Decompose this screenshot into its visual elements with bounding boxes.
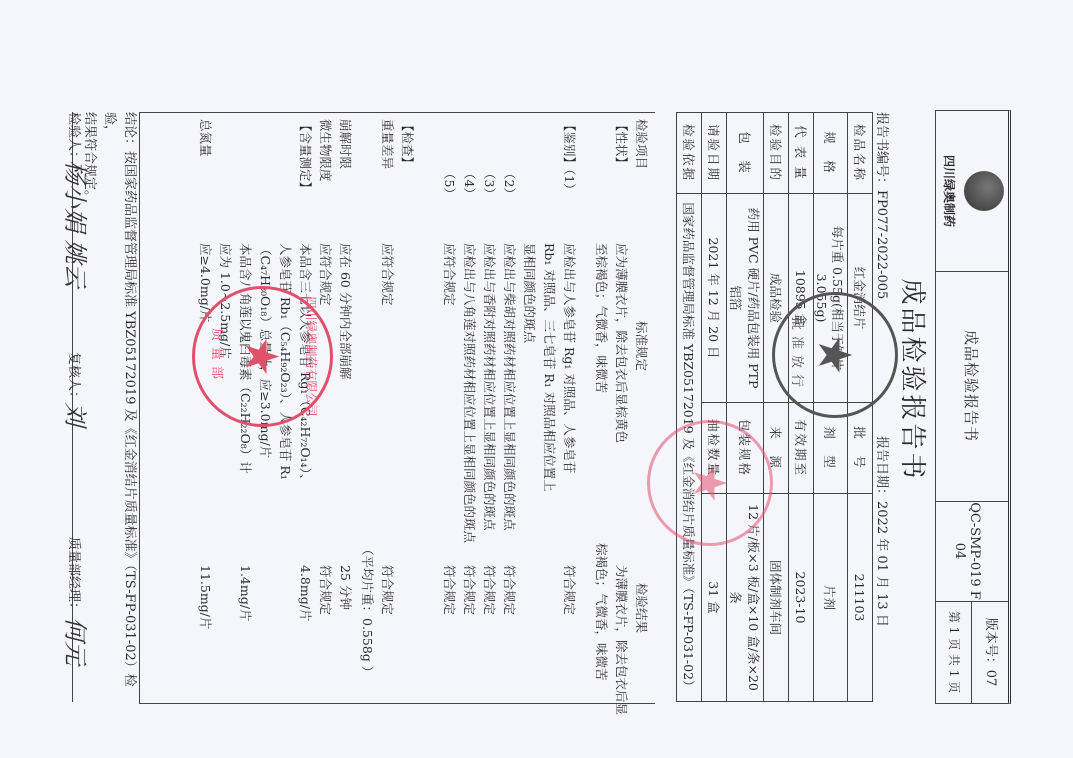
- result-item: 【检查】: [397, 119, 417, 169]
- company-logo-icon: [964, 171, 1004, 211]
- result-value: 为薄膜衣片，除去包衣后显: [611, 565, 631, 715]
- company-name: 四川绿奥制药: [941, 111, 958, 271]
- result-item: 微生物限度: [315, 119, 335, 182]
- table-row: 请验日期 2021 年 12 月 20 日 抽检数量 31 盒: [702, 113, 727, 702]
- qa-stamp-dept: 质量部: [209, 289, 228, 424]
- col-header-item: 检验项目: [633, 119, 651, 169]
- result-value: 符合规定: [479, 565, 499, 615]
- result-value: 符合规定: [315, 565, 335, 615]
- reviewer-label: 复核人：: [66, 352, 85, 404]
- doc-title-cell: 成品检验报告书: [936, 271, 1008, 502]
- qa-stamp-company: 四川绿奥制药有限公司: [303, 289, 320, 424]
- manager-label: 质量部经理：: [66, 537, 85, 615]
- result-item: （4）: [459, 167, 479, 200]
- result-value: 棕褐色；气微香，味微苦: [591, 543, 611, 681]
- result-standard: 应符合规定: [377, 243, 397, 306]
- version-number: 版本号：07: [971, 601, 1008, 703]
- result-item: 崩解时限: [335, 119, 355, 169]
- label-quantity: 代 表 量: [789, 113, 814, 194]
- doc-title: 成品检验报告书: [961, 271, 982, 501]
- label-spec: 规 格: [814, 113, 848, 194]
- value-request-date: 2021 年 12 月 20 日: [702, 194, 727, 403]
- value-batch: 211103: [848, 494, 873, 702]
- result-standard: Rb₁ 对照品、三七皂苷 R₁ 对照品相应位置上: [539, 243, 559, 492]
- result-value: 符合规定: [439, 565, 459, 615]
- reviewer-signature: 刘: [60, 402, 95, 426]
- result-value: （平均片重：0.558g ）: [357, 543, 377, 678]
- manager-signature: 何元: [60, 617, 95, 665]
- value-dosage-form: 片剂: [814, 494, 848, 702]
- page-info: 第 1 页 共 1 页: [936, 601, 972, 703]
- table-row: 检验目的 成品检验 来 源 固体制剂车间: [764, 113, 789, 702]
- result-value: 4.8mg/片: [295, 565, 315, 621]
- result-standard: 应检出与八角莲对照药材相应位置上显相同颜色的斑点: [459, 243, 479, 543]
- result-value: 符合规定: [459, 565, 479, 615]
- label-request-date: 请验日期: [702, 113, 727, 194]
- release-stamp-text: 批准放行: [789, 295, 808, 415]
- result-standard: 应检出与柴胡对照药材相应位置上显相同颜色的斑点: [499, 243, 519, 531]
- result-value: 11.5mg/片: [195, 565, 215, 629]
- red-qa-stamp: 四川绿奥制药有限公司 ★ 质量部: [192, 286, 333, 427]
- result-item: 重量差异: [377, 119, 397, 169]
- form-code: QC-SMP-019 F 04: [952, 501, 982, 601]
- result-value: 符合规定: [377, 565, 397, 615]
- report-header: 四川绿奥制药 成品检验报告书 QC-SMP-019 F 04 版本号：07 第 …: [935, 110, 1011, 704]
- result-standard: 至棕褐色；气微香，味微苦: [591, 243, 611, 393]
- report-date: 报告日期：2022 年 01 月 13 日: [874, 436, 893, 627]
- result-standard: 应检出与香附对照药材相应位置上显相同颜色的斑点: [479, 243, 499, 531]
- label-purpose: 检验目的: [764, 113, 789, 194]
- inspection-report-page: 四川绿奥制药 成品检验报告书 QC-SMP-019 F 04 版本号：07 第 …: [0, 0, 1073, 758]
- label-product-name: 检品名称: [848, 113, 873, 194]
- result-item: 【鉴别】（1）: [559, 119, 579, 196]
- col-header-result: 检验结果: [633, 583, 651, 633]
- value-source: 固体制剂车间: [764, 494, 789, 702]
- result-value: 25 分钟: [335, 565, 355, 610]
- result-item: （2）: [499, 167, 519, 200]
- label-expiry: 有效期至: [789, 403, 814, 494]
- form-code-cell: QC-SMP-019 F 04: [936, 501, 1008, 602]
- result-standard: 显相同颜色的斑点: [519, 243, 539, 343]
- result-value: 1.4mg/片: [235, 565, 255, 621]
- result-standard: 应检出与人参皂苷 Rg₁ 对照品、人参皂苷: [559, 243, 579, 473]
- report-title: 成品检验报告书: [896, 250, 933, 510]
- table-row: 检验依据 国家药品监督管理局标准 YBZ05172019 及《红金消结片质量标准…: [677, 113, 702, 702]
- result-value: 符合规定: [559, 565, 579, 615]
- value-packaging: 药用 PVC 硬片/药品包装用 PTP 铝箔: [727, 194, 764, 403]
- value-expiry: 2023-10: [789, 494, 814, 702]
- star-icon: ★: [240, 336, 286, 377]
- conclusion-line-1: 结论：按国家药品监督管理局标准 YBZ05172019 及《红金消结片质量标准》…: [99, 112, 139, 702]
- label-basis: 检验依据: [677, 113, 702, 194]
- inspector-signature: 杨小娟 姚云: [60, 160, 95, 288]
- inspector-label: 检验人：: [66, 112, 85, 164]
- result-item: （3）: [479, 167, 499, 200]
- result-item: 【含量测定】: [295, 119, 315, 194]
- label-packaging: 包 装: [727, 113, 764, 194]
- grey-release-stamp: ★ 批准放行: [772, 292, 898, 418]
- report-number: 报告书编号：FP077-2022-005: [874, 112, 893, 299]
- col-header-standard: 标准规定: [633, 321, 651, 371]
- red-qc-stamp-1: ★: [647, 420, 773, 546]
- company-logo-cell: 四川绿奥制药: [936, 111, 1008, 272]
- result-value: 符合规定: [499, 565, 519, 615]
- result-item: 【性状】: [611, 119, 631, 169]
- result-standard: 应符合规定: [439, 243, 459, 306]
- label-batch: 批 号: [848, 403, 873, 494]
- result-standard: 应在 60 分钟内全部崩解: [335, 243, 355, 379]
- result-item: （5）: [439, 167, 459, 200]
- version-cell: 版本号：07 第 1 页 共 1 页: [936, 601, 1008, 703]
- star-icon: ★: [812, 334, 858, 375]
- result-item: 总氮量: [195, 119, 215, 157]
- table-row: 包 装 药用 PVC 硬片/药品包装用 PTP 铝箔 包装规格 12 片/板×3…: [727, 113, 764, 702]
- star-icon: ★: [687, 462, 733, 503]
- result-standard: 应为薄膜衣片，除去包衣后显棕黄色: [611, 243, 631, 443]
